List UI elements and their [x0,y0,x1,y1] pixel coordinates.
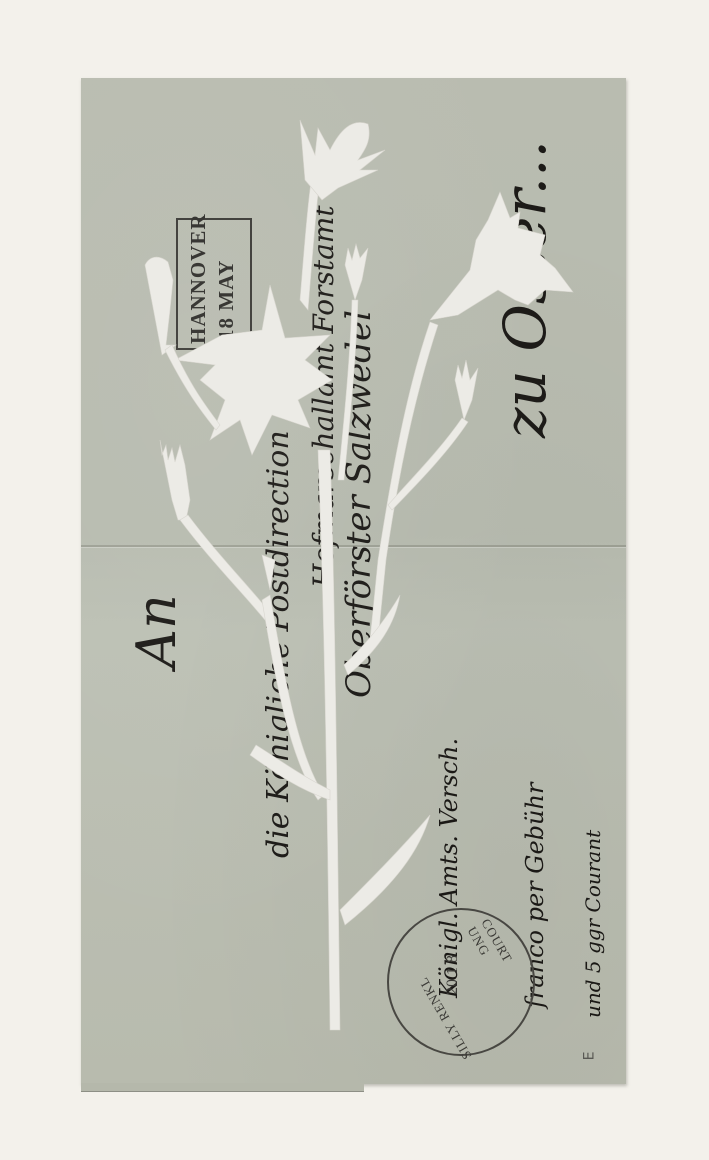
bell-flower [430,192,573,320]
lower-left-bud [160,440,190,520]
leaf-lower-right [340,815,430,925]
leaf-mid-left [262,555,275,590]
main-stem [318,450,340,1030]
lower-left-branch [180,515,272,620]
center-bud [345,244,368,300]
right-small-bud [455,360,478,420]
top-bud [300,120,385,200]
leaf-lower-left [250,745,330,800]
leaf-mid-right [344,595,400,675]
star-flower [175,285,332,455]
bell-flower-stem [370,322,438,640]
paper-cut-flowers [0,0,709,1160]
upper-stem [300,175,320,310]
center-bud-stem [338,300,358,480]
left-bud [145,257,176,355]
